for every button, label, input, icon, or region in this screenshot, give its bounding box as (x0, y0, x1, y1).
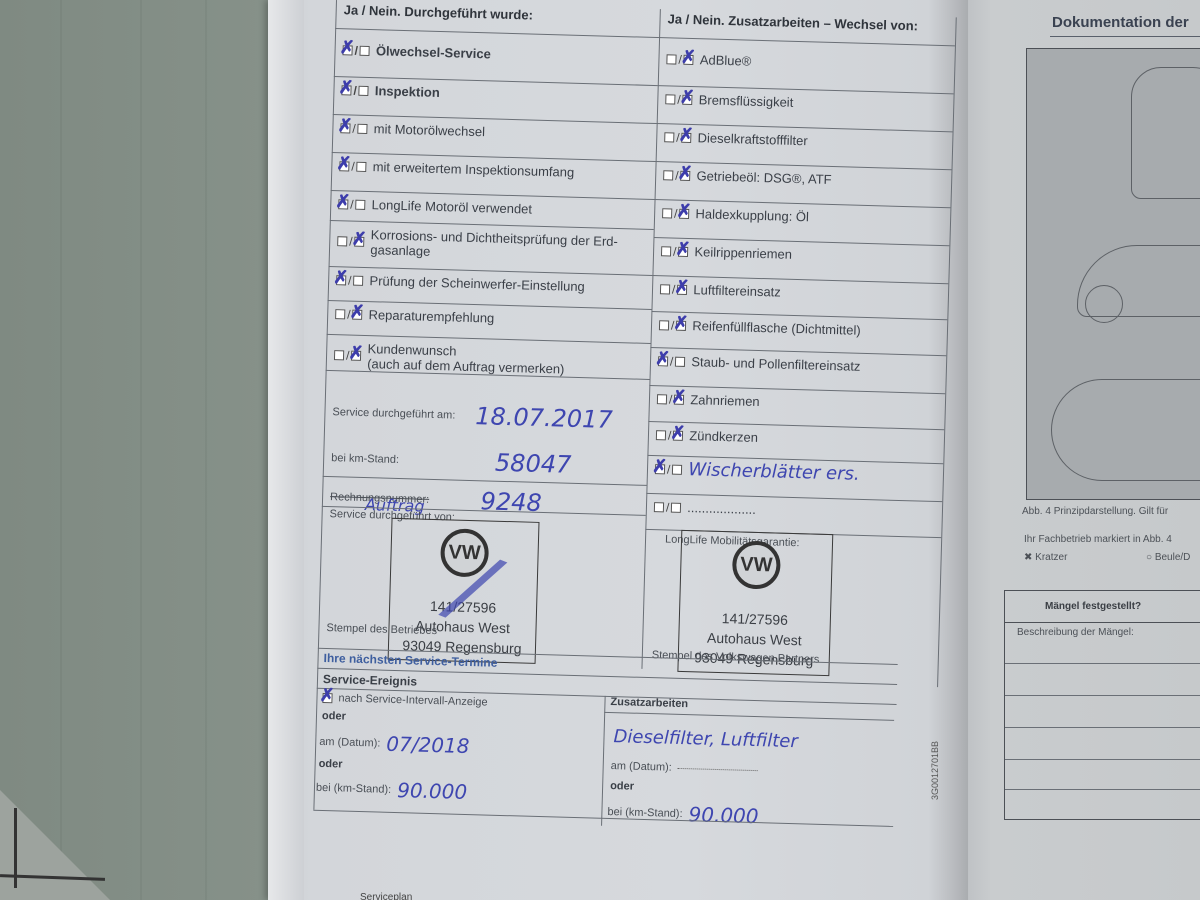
checklist-item: /Staub- und Pollenfiltereinsatz (658, 353, 861, 374)
vw-logo-icon: VW (732, 540, 781, 589)
nein-checkbox[interactable] (684, 54, 694, 64)
vehicle-diagram (1026, 48, 1200, 500)
checklist-label: Haldexkupplung: Öl (695, 206, 809, 224)
defects-box: Mängel festgestellt? Beschreibung der Mä… (1004, 590, 1200, 820)
ja-checkbox[interactable] (655, 464, 665, 474)
checklist-item: /Reifenfüllflasche (Dichtmittel) (659, 317, 861, 338)
nein-checkbox[interactable] (672, 464, 682, 474)
ja-checkbox[interactable] (342, 45, 352, 55)
header-extra: Ja / Nein. Zusatzarbeiten – Wechsel von: (667, 11, 918, 33)
checklist-label: Ölwechsel-Service (376, 43, 491, 61)
checklist-item: /Keilrippenriemen (661, 243, 792, 262)
next-km-value: 90.000 (397, 778, 468, 804)
checklist-item: /Luftfiltereinsatz (660, 281, 781, 299)
extra-date-row: am (Datum): (611, 760, 758, 776)
ja-checkbox[interactable] (338, 199, 348, 209)
marked-text: Ihr Fachbetrieb markiert in Abb. 4 (1024, 534, 1172, 545)
ja-checkbox[interactable] (665, 94, 675, 104)
nein-checkbox[interactable] (357, 161, 367, 171)
form-code: 3G0012701BB (930, 741, 940, 800)
stamp-dealer-label: Stempel des Betriebes (326, 622, 437, 637)
nein-checkbox[interactable] (358, 123, 368, 133)
service-date-label: Service durchgeführt am: (332, 406, 455, 421)
ja-checkbox[interactable] (340, 123, 350, 133)
ja-nein-checkboxes: / (335, 307, 363, 322)
ja-nein-checkboxes: / (661, 244, 689, 259)
figure-caption: Abb. 4 Prinzipdarstellung. Gilt für (1022, 506, 1168, 517)
nein-checkbox[interactable] (351, 351, 361, 361)
checklist-label: Inspektion (375, 83, 440, 100)
footer-text: Serviceplan (360, 892, 412, 900)
interval-label: nach Service-Intervall-Anzeige (338, 692, 487, 708)
right-page-title: Dokumentation der (1052, 14, 1189, 31)
ja-nein-checkboxes: / (664, 130, 692, 145)
ja-checkbox[interactable] (660, 284, 670, 294)
interval-row: nach Service-Intervall-Anzeige (322, 692, 487, 709)
checklist-label: AdBlue® (700, 52, 752, 68)
ja-checkbox[interactable] (664, 132, 674, 142)
ja-checkbox[interactable] (654, 502, 664, 512)
or-text: oder (322, 710, 346, 723)
checklist-label: Luftfiltereinsatz (693, 282, 781, 299)
interval-checkbox[interactable] (322, 693, 332, 703)
checklist-label: Prüfung der Scheinwerfer-Einstellung (369, 273, 585, 294)
checklist-item: /Getriebeöl: DSG®, ATF (663, 167, 832, 187)
service-date-row: Service durchgeführt am: 18.07.2017 (332, 398, 613, 434)
ja-nein-checkboxes: / (338, 197, 366, 212)
ja-nein-checkboxes: / (657, 392, 685, 407)
ja-checkbox[interactable] (659, 320, 669, 330)
page-edge (268, 0, 304, 900)
extra-work-value: Dieselfilter, Luftfilter (613, 726, 798, 752)
checklist-item: /Zündkerzen (656, 427, 758, 445)
car-wheel-icon (1085, 285, 1123, 323)
nein-checkbox[interactable] (682, 132, 692, 142)
checklist-label: ................... (687, 500, 756, 517)
ja-nein-checkboxes: / (658, 354, 686, 369)
ja-checkbox[interactable] (335, 309, 345, 319)
checklist-item: /Reparaturempfehlung (335, 306, 494, 325)
checklist-label: LongLife Motoröl verwendet (371, 197, 532, 216)
ja-nein-checkboxes: / (654, 500, 682, 515)
ja-checkbox[interactable] (337, 236, 347, 246)
car-rear-view-icon (1131, 67, 1200, 199)
checklist-item: /Prüfung der Scheinwerfer-Einstellung (336, 272, 585, 294)
ja-nein-checkboxes: / (666, 52, 694, 67)
ja-nein-checkboxes: / (334, 348, 362, 363)
checklist-item: /Ölwechsel-Service (342, 42, 491, 61)
defects-description-label: Beschreibung der Mängel: (1017, 627, 1134, 638)
checklist-label: Zahnriemen (690, 392, 760, 409)
or-text: oder (610, 780, 634, 793)
checklist-label: Korrosions- und Dichtheitsprüfung der Er… (370, 227, 618, 264)
ja-nein-checkboxes: / (341, 83, 369, 98)
nein-checkbox[interactable] (677, 284, 687, 294)
ja-checkbox[interactable] (341, 85, 351, 95)
checklist-label: Reifenfüllflasche (Dichtmittel) (692, 318, 861, 338)
nein-checkbox[interactable] (352, 309, 362, 319)
ja-nein-checkboxes: / (339, 159, 367, 174)
ja-nein-checkboxes: / (663, 168, 691, 183)
ja-nein-checkboxes: / (659, 318, 687, 333)
ja-checkbox[interactable] (661, 246, 671, 256)
next-date-value: 07/2018 (386, 732, 470, 758)
nein-checkbox[interactable] (676, 320, 686, 330)
checklist-label: mit erweitertem Inspektionsumfang (372, 159, 574, 180)
nein-checkbox[interactable] (678, 246, 688, 256)
checklist-label: Bremsflüssigkeit (698, 92, 793, 110)
ja-checkbox[interactable] (658, 356, 668, 366)
ja-nein-checkboxes: / (342, 43, 370, 58)
ja-nein-checkboxes: / (656, 428, 684, 443)
next-km-row: bei (km-Stand): 90.000 (316, 776, 468, 804)
ja-nein-checkboxes: / (665, 92, 693, 107)
extra-date-label: am (Datum): (611, 760, 672, 774)
ja-checkbox[interactable] (334, 350, 344, 360)
legend-dent: ○ Beule/D (1146, 552, 1190, 563)
checklist-label: mit Motorölwechsel (374, 121, 486, 139)
legend-scratch: ✖ Kratzer (1024, 552, 1067, 563)
checklist-item: /Haldexkupplung: Öl (662, 205, 809, 224)
checklist-item: /mit Motorölwechsel (340, 120, 485, 139)
nein-checkbox[interactable] (674, 394, 684, 404)
checklist-label: Getriebeöl: DSG®, ATF (696, 168, 831, 187)
checklist-item: /AdBlue® (666, 51, 751, 68)
checklist-item: /................... (654, 499, 756, 517)
checklist-item: /Bremsflüssigkeit (665, 91, 793, 110)
nein-checkbox[interactable] (354, 237, 364, 247)
nein-checkbox[interactable] (359, 85, 369, 95)
service-date-value: 18.07.2017 (475, 402, 613, 434)
or-text: oder (318, 758, 342, 771)
ja-checkbox[interactable] (663, 170, 673, 180)
ja-nein-checkboxes: / (336, 273, 364, 288)
km-row: bei km-Stand: 58047 (331, 444, 572, 479)
checklist-label: Reparaturempfehlung (368, 307, 494, 326)
service-record-form: Ja / Nein. Durchgeführt wurde: Ja / Nein… (311, 0, 964, 847)
nein-checkbox[interactable] (671, 502, 681, 512)
checklist-item: /Dieselkraftstofffilter (664, 129, 808, 148)
ja-nein-checkboxes: / (662, 206, 690, 221)
nein-checkbox[interactable] (353, 275, 363, 285)
extra-km-row: bei (km-Stand): 90.000 (607, 800, 759, 828)
ja-nein-checkboxes: / (340, 121, 368, 136)
checklist-item: /Zahnriemen (657, 391, 760, 409)
event-header: Service-Ereignis (323, 672, 417, 689)
nein-checkbox[interactable] (360, 45, 370, 55)
defects-header: Mängel festgestellt? (1005, 591, 1200, 623)
ja-checkbox[interactable] (656, 430, 666, 440)
checklist-label: Dieselkraftstofffilter (697, 130, 807, 148)
ja-nein-checkboxes: / (660, 282, 688, 297)
checklist-item: /Inspektion (341, 82, 440, 100)
km-value: 58047 (495, 449, 572, 479)
nein-checkbox[interactable] (675, 356, 685, 366)
ja-checkbox[interactable] (657, 394, 667, 404)
nein-checkbox[interactable] (683, 94, 693, 104)
checklist-item: /Korrosions- und Dichtheitsprüfung der E… (337, 226, 618, 264)
car-top-view-icon (1051, 379, 1200, 481)
ja-checkbox[interactable] (666, 54, 676, 64)
ja-checkbox[interactable] (339, 161, 349, 171)
checklist-label: Wischerblätter ers. (688, 462, 860, 482)
checklist-item: /Wischerblätter ers. (655, 461, 860, 482)
checklist-label: Zündkerzen (689, 428, 758, 445)
header-done: Ja / Nein. Durchgeführt wurde: (344, 2, 534, 22)
ja-nein-checkboxes: / (655, 462, 683, 477)
ja-nein-checkboxes: / (337, 234, 365, 249)
ja-checkbox[interactable] (662, 208, 672, 218)
nein-checkbox[interactable] (679, 208, 689, 218)
checklist-item: /LongLife Motoröl verwendet (338, 196, 532, 216)
ja-checkbox[interactable] (336, 275, 346, 285)
nein-checkbox[interactable] (356, 199, 366, 209)
checklist-label: Staub- und Pollenfiltereinsatz (691, 354, 860, 374)
checklist-item: /mit erweitertem Inspektionsumfang (339, 158, 574, 180)
extra-km-value: 90.000 (688, 802, 759, 828)
nein-checkbox[interactable] (680, 170, 690, 180)
checklist-label: Keilrippenriemen (694, 244, 792, 262)
next-date-label: am (Datum): (319, 736, 380, 750)
nein-checkbox[interactable] (673, 430, 683, 440)
next-km-label: bei (km-Stand): (316, 782, 392, 796)
next-date-row: am (Datum): 07/2018 (319, 730, 470, 758)
km-label: bei km-Stand: (331, 452, 399, 466)
